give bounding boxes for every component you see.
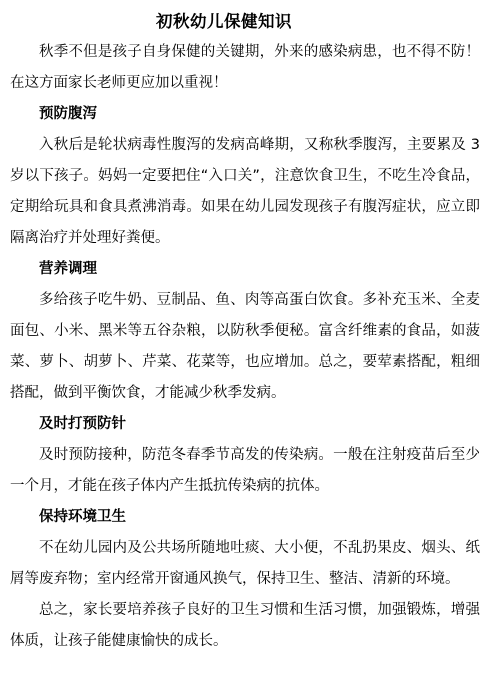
section-heading-vaccination: 及时打预防针 [10, 409, 480, 440]
closing-paragraph: 总之，家长要培养孩子良好的卫生习惯和生活习惯，加强锻炼，增强体质，让孩子能健康愉… [10, 595, 480, 657]
section-paragraph-diarrhea-prevention: 入秋后是轮状病毒性腹泻的发病高峰期，又称秋季腹泻，主要累及 3 岁以下孩子。妈妈… [10, 130, 480, 254]
section-paragraph-environment-hygiene: 不在幼儿园内及公共场所随地吐痰、大小便，不乱扔果皮、烟头、纸屑等废弃物；室内经常… [10, 533, 480, 595]
section-heading-diarrhea-prevention: 预防腹泻 [10, 99, 480, 130]
section-paragraph-vaccination: 及时预防接种，防范冬春季节高发的传染病。一般在注射疫苗后至少一个月，才能在孩子体… [10, 440, 480, 502]
intro-paragraph: 秋季不但是孩子自身保健的关键期，外来的感染病患，也不得不防！在这方面家长老师更应… [10, 37, 480, 99]
document-page: 初秋幼儿保健知识 秋季不但是孩子自身保健的关键期，外来的感染病患，也不得不防！在… [0, 0, 490, 673]
section-heading-nutrition: 营养调理 [10, 254, 480, 285]
section-heading-environment-hygiene: 保持环境卫生 [10, 502, 480, 533]
document-title: 初秋幼儿保健知识 [10, 6, 480, 37]
section-paragraph-nutrition: 多给孩子吃牛奶、豆制品、鱼、肉等高蛋白饮食。多补充玉米、全麦面包、小米、黑米等五… [10, 285, 480, 409]
